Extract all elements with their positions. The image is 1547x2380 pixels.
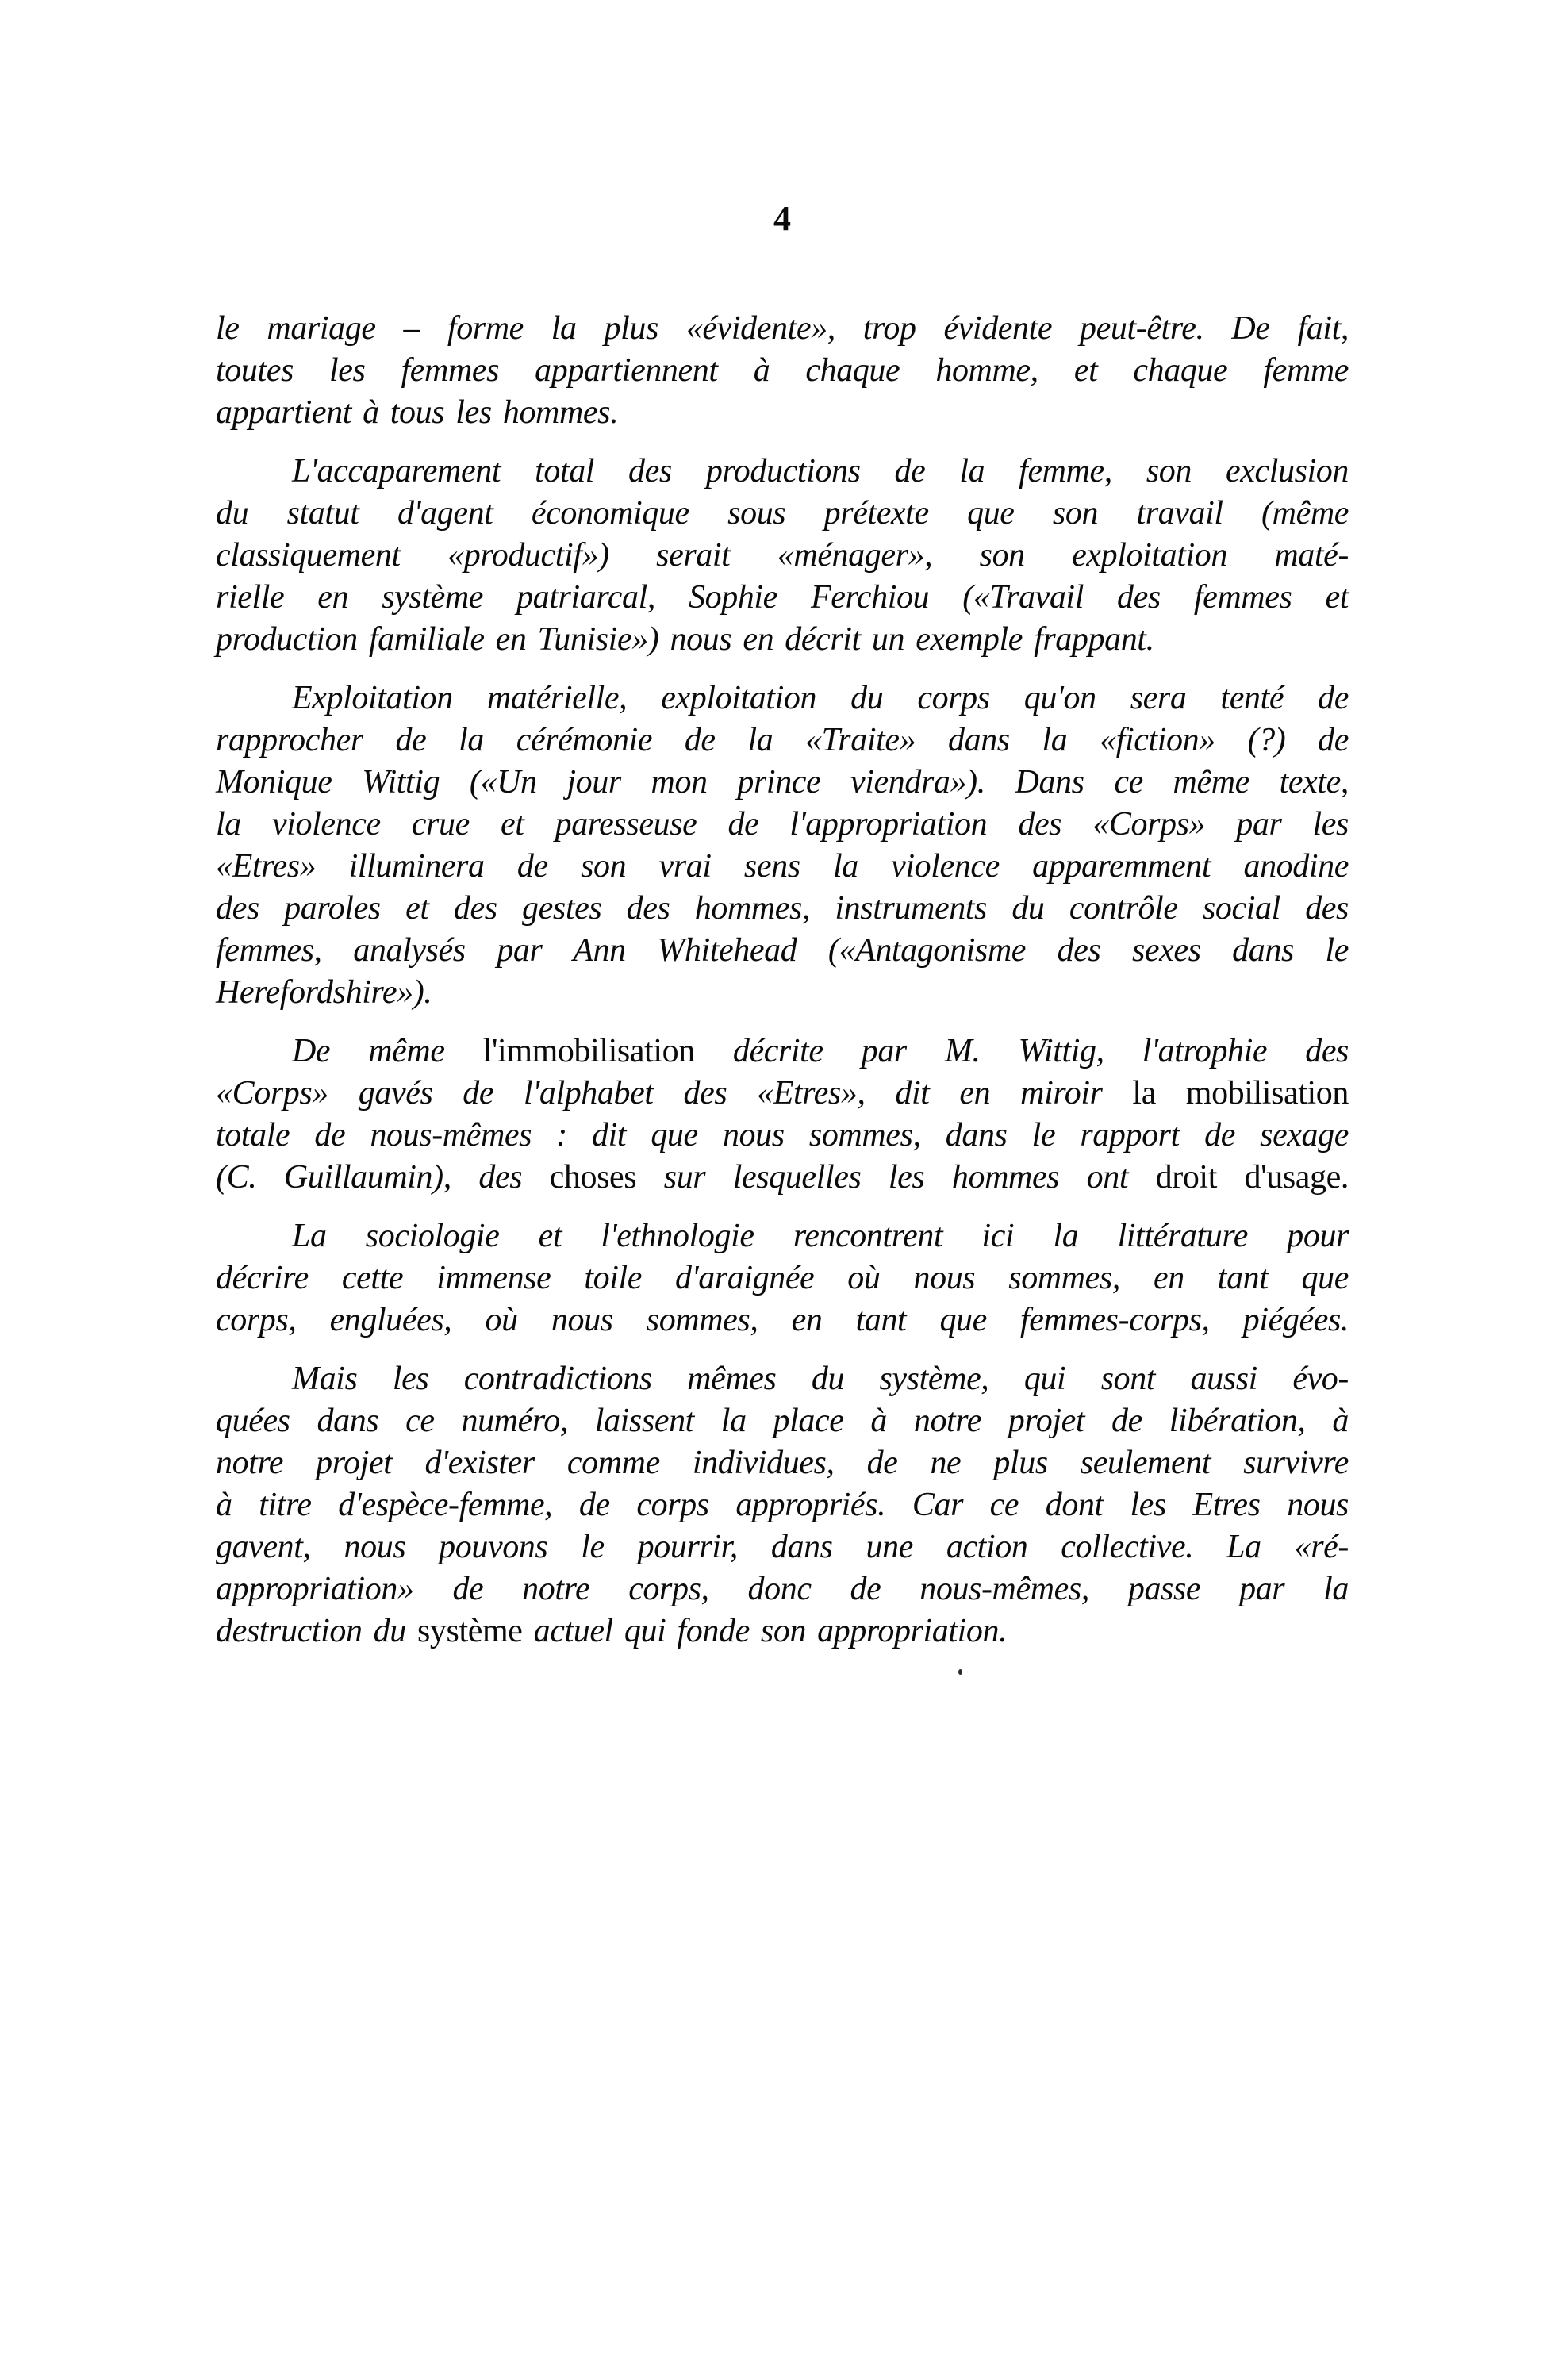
italic-text: totale de nous-mêmes : dit que nous somm… [216, 1117, 1349, 1154]
italic-text: corps, engluées, où nous sommes, en tant… [216, 1302, 1349, 1338]
italic-text: quées dans ce numéro, laissent la place … [216, 1403, 1349, 1439]
text-line: appartient à tous les hommes. [216, 392, 1349, 434]
text-line: (C. Guillaumin), des choses sur lesquell… [216, 1157, 1349, 1199]
text-line: quées dans ce numéro, laissent la place … [216, 1400, 1349, 1442]
text-line: L'accaparement total des productions de … [216, 451, 1349, 493]
italic-text: De même [292, 1033, 483, 1069]
text-line: décrire cette immense toile d'araignée o… [216, 1257, 1349, 1299]
text-line: Exploitation matérielle, exploitation du… [216, 678, 1349, 720]
text-line: De même l'immobilisation décrite par M. … [216, 1031, 1349, 1073]
italic-text: rielle en système patriarcal, Sophie Fer… [216, 579, 1349, 616]
text-line: Herefordshire»). [216, 972, 1349, 1014]
text-line: classiquement «productif») serait «ménag… [216, 535, 1349, 577]
text-line: appropriation» de notre corps, donc de n… [216, 1568, 1349, 1610]
text-line: des paroles et des gestes des hommes, in… [216, 888, 1349, 930]
italic-text: décrite par M. Wittig, l'atrophie des [733, 1033, 1349, 1069]
italic-text: à titre d'espèce-femme, de corps appropr… [216, 1487, 1349, 1523]
italic-text: production familiale en Tunisie») nous e… [216, 621, 1154, 658]
text-line: destruction du système actuel qui fonde … [216, 1610, 1349, 1653]
text-line: gavent, nous pouvons le pourrir, dans un… [216, 1526, 1349, 1568]
paragraph: le mariage – forme la plus «évidente», t… [216, 308, 1349, 434]
text-line: le mariage – forme la plus «évidente», t… [216, 308, 1349, 350]
italic-text: des paroles et des gestes des hommes, in… [216, 890, 1349, 927]
text-line: rielle en système patriarcal, Sophie Fer… [216, 577, 1349, 619]
italic-text: sur lesquelles les hommes ont [664, 1159, 1156, 1196]
roman-emphasis-text: la mobilisation [1132, 1075, 1349, 1111]
text-column: le mariage – forme la plus «évidente», t… [216, 308, 1349, 1653]
text-line: La sociologie et l'ethnologie rencontren… [216, 1215, 1349, 1257]
text-line: «Corps» gavés de l'alphabet des «Etres»,… [216, 1073, 1349, 1115]
text-line: Monique Wittig («Un jour mon prince vien… [216, 762, 1349, 804]
text-line: «Etres» illuminera de son vrai sens la v… [216, 846, 1349, 888]
scan-speck [958, 1669, 962, 1675]
roman-emphasis-text: l'immobilisation [483, 1033, 733, 1069]
text-line: production familiale en Tunisie») nous e… [216, 619, 1349, 661]
italic-text: appropriation» de notre corps, donc de n… [216, 1571, 1349, 1607]
italic-text: La sociologie et l'ethnologie rencontren… [292, 1218, 1349, 1254]
italic-text: notre projet d'exister comme individues,… [216, 1445, 1349, 1481]
paragraph: La sociologie et l'ethnologie rencontren… [216, 1215, 1349, 1342]
paragraph: Exploitation matérielle, exploitation du… [216, 678, 1349, 1014]
italic-text: destruction du [216, 1613, 417, 1649]
italic-text: Mais les contradictions mêmes du système… [292, 1361, 1349, 1397]
text-line: du statut d'agent économique sous prétex… [216, 493, 1349, 535]
text-line: Mais les contradictions mêmes du système… [216, 1358, 1349, 1400]
italic-text: Exploitation matérielle, exploitation du… [292, 680, 1349, 716]
text-line: notre projet d'exister comme individues,… [216, 1442, 1349, 1484]
paragraph: De même l'immobilisation décrite par M. … [216, 1031, 1349, 1199]
italic-text: «Corps» gavés de l'alphabet des «Etres»,… [216, 1075, 1132, 1111]
italic-text: décrire cette immense toile d'araignée o… [216, 1260, 1349, 1296]
italic-text: classiquement «productif») serait «ménag… [216, 537, 1349, 574]
text-line: rapprocher de la cérémonie de la «Traite… [216, 720, 1349, 762]
text-line: toutes les femmes appartiennent à chaque… [216, 350, 1349, 392]
roman-emphasis-text: choses [550, 1159, 664, 1196]
text-line: femmes, analysés par Ann Whitehead («Ant… [216, 930, 1349, 972]
text-line: totale de nous-mêmes : dit que nous somm… [216, 1115, 1349, 1157]
italic-text: toutes les femmes appartiennent à chaque… [216, 352, 1349, 389]
italic-text: femmes, analysés par Ann Whitehead («Ant… [216, 932, 1349, 969]
text-line: à titre d'espèce-femme, de corps appropr… [216, 1484, 1349, 1526]
text-line: la violence crue et paresseuse de l'appr… [216, 804, 1349, 846]
italic-text: le mariage – forme la plus «évidente», t… [216, 310, 1349, 347]
paragraph: Mais les contradictions mêmes du système… [216, 1358, 1349, 1653]
text-line: corps, engluées, où nous sommes, en tant… [216, 1299, 1349, 1342]
italic-text: (C. Guillaumin), des [216, 1159, 550, 1196]
italic-text: rapprocher de la cérémonie de la «Traite… [216, 722, 1349, 758]
italic-text: Monique Wittig («Un jour mon prince vien… [216, 764, 1349, 800]
italic-text: gavent, nous pouvons le pourrir, dans un… [216, 1529, 1349, 1565]
italic-text: L'accaparement total des productions de … [292, 453, 1349, 489]
italic-text: appartient à tous les hommes. [216, 394, 618, 431]
paragraph: L'accaparement total des productions de … [216, 451, 1349, 661]
italic-text: la violence crue et paresseuse de l'appr… [216, 806, 1349, 843]
italic-text: actuel qui fonde son appropriation. [534, 1613, 1008, 1649]
roman-emphasis-text: système [417, 1613, 534, 1649]
italic-text: Herefordshire»). [216, 974, 432, 1011]
italic-text: du statut d'agent économique sous prétex… [216, 495, 1349, 532]
roman-emphasis-text: droit d'usage. [1156, 1159, 1349, 1196]
italic-text: «Etres» illuminera de son vrai sens la v… [216, 848, 1349, 885]
page-number: 4 [216, 202, 1349, 236]
document-page: 4 le mariage – forme la plus «évidente»,… [0, 0, 1547, 2380]
